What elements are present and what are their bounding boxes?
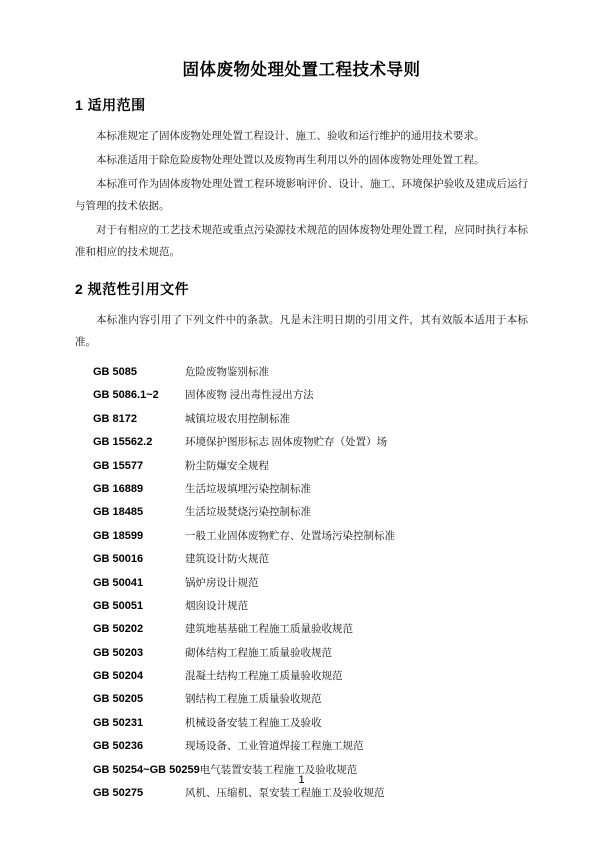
reference-code: GB 15562.2 (93, 431, 185, 454)
reference-code: GB 50016 (93, 548, 185, 571)
reference-title: 机械设备安装工程施工及验收 (185, 712, 322, 735)
section-1-heading: 1 适用范围 (75, 95, 528, 115)
document-page: 固体废物处理处置工程技术导则 1 适用范围 本标准规定了固体废物处理处置工程设计… (0, 0, 600, 848)
reference-code: GB 50236 (93, 735, 185, 758)
reference-title: 现场设备、工业管道焊接工程施工规范 (185, 735, 364, 758)
reference-title: 砌体结构工程施工质量验收规范 (185, 642, 332, 665)
reference-row: GB 15577 粉尘防爆安全规程 (93, 455, 528, 478)
reference-row: GB 18599 一般工业固体废物贮存、处置场污染控制标准 (93, 525, 528, 548)
reference-title: 生活垃圾焚烧污染控制标准 (185, 501, 311, 524)
reference-row: GB 18485 生活垃圾焚烧污染控制标准 (93, 501, 528, 524)
section-2-intro: 本标准内容引用了下列文件中的条款。凡是未注明日期的引用文件，其有效版本适用于本标… (75, 310, 528, 354)
reference-row: GB 50205 钢结构工程施工质量验收规范 (93, 688, 528, 711)
reference-code: GB 5086.1~2 (93, 384, 185, 407)
reference-title: 危险废物鉴别标准 (185, 361, 269, 384)
reference-title: 一般工业固体废物贮存、处置场污染控制标准 (185, 525, 395, 548)
reference-code: GB 50231 (93, 712, 185, 735)
reference-code: GB 18599 (93, 525, 185, 548)
reference-title: 建筑地基基础工程施工质量验收规范 (185, 618, 353, 641)
reference-row: GB 50231 机械设备安装工程施工及验收 (93, 712, 528, 735)
reference-title: 建筑设计防火规范 (185, 548, 269, 571)
reference-code: GB 50051 (93, 595, 185, 618)
reference-code: GB 15577 (93, 455, 185, 478)
reference-code: GB 16889 (93, 478, 185, 501)
section-1-paragraph: 本标准可作为固体废物处理处置工程环境影响评价、设计、施工、环境保护验收及建成后运… (75, 174, 528, 218)
reference-row: GB 50051 烟囱设计规范 (93, 595, 528, 618)
reference-row: GB 50236 现场设备、工业管道焊接工程施工规范 (93, 735, 528, 758)
reference-title: 钢结构工程施工质量验收规范 (185, 688, 322, 711)
section-2-heading: 2 规范性引用文件 (75, 279, 528, 299)
reference-code: GB 50202 (93, 618, 185, 641)
reference-row: GB 8172 城镇垃圾农用控制标准 (93, 408, 528, 431)
reference-code: GB 8172 (93, 408, 185, 431)
page-number: 1 (75, 774, 528, 786)
reference-row: GB 50203 砌体结构工程施工质量验收规范 (93, 642, 528, 665)
reference-row: GB 5086.1~2 固体废物 浸出毒性浸出方法 (93, 384, 528, 407)
reference-row: GB 16889 生活垃圾填埋污染控制标准 (93, 478, 528, 501)
section-1-paragraph: 本标准规定了固体废物处理处置工程设计、施工、验收和运行维护的通用技术要求。 (75, 126, 528, 148)
reference-row: GB 50202 建筑地基基础工程施工质量验收规范 (93, 618, 528, 641)
reference-title: 锅炉房设计规范 (185, 572, 259, 595)
section-1-paragraph: 本标准适用于除危险废物处理处置以及废物再生利用以外的固体废物处理处置工程。 (75, 150, 528, 172)
reference-title: 烟囱设计规范 (185, 595, 248, 618)
section-1-paragraph: 对于有相应的工艺技术规范或重点污染源技术规范的固体废物处理处置工程，应同时执行本… (75, 220, 528, 264)
reference-title: 粉尘防爆安全规程 (185, 455, 269, 478)
reference-title: 固体废物 浸出毒性浸出方法 (185, 384, 314, 407)
reference-code: GB 50203 (93, 642, 185, 665)
reference-row: GB 50016 建筑设计防火规范 (93, 548, 528, 571)
reference-code: GB 50205 (93, 688, 185, 711)
reference-code: GB 5085 (93, 361, 185, 384)
page-title: 固体废物处理处置工程技术导则 (75, 50, 528, 80)
reference-row: GB 50041 锅炉房设计规范 (93, 572, 528, 595)
reference-list: GB 5085 危险废物鉴别标准 GB 5086.1~2 固体废物 浸出毒性浸出… (75, 361, 528, 805)
reference-row: GB 5085 危险废物鉴别标准 (93, 361, 528, 384)
reference-title: 混凝土结构工程施工质量验收规范 (185, 665, 343, 688)
reference-code: GB 50041 (93, 572, 185, 595)
reference-title: 环境保护图形标志 固体废物贮存（处置）场 (185, 431, 387, 454)
reference-title: 城镇垃圾农用控制标准 (185, 408, 290, 431)
reference-code: GB 50204 (93, 665, 185, 688)
reference-code: GB 18485 (93, 501, 185, 524)
reference-row: GB 50204 混凝土结构工程施工质量验收规范 (93, 665, 528, 688)
reference-title: 生活垃圾填埋污染控制标准 (185, 478, 311, 501)
reference-row: GB 15562.2 环境保护图形标志 固体废物贮存（处置）场 (93, 431, 528, 454)
